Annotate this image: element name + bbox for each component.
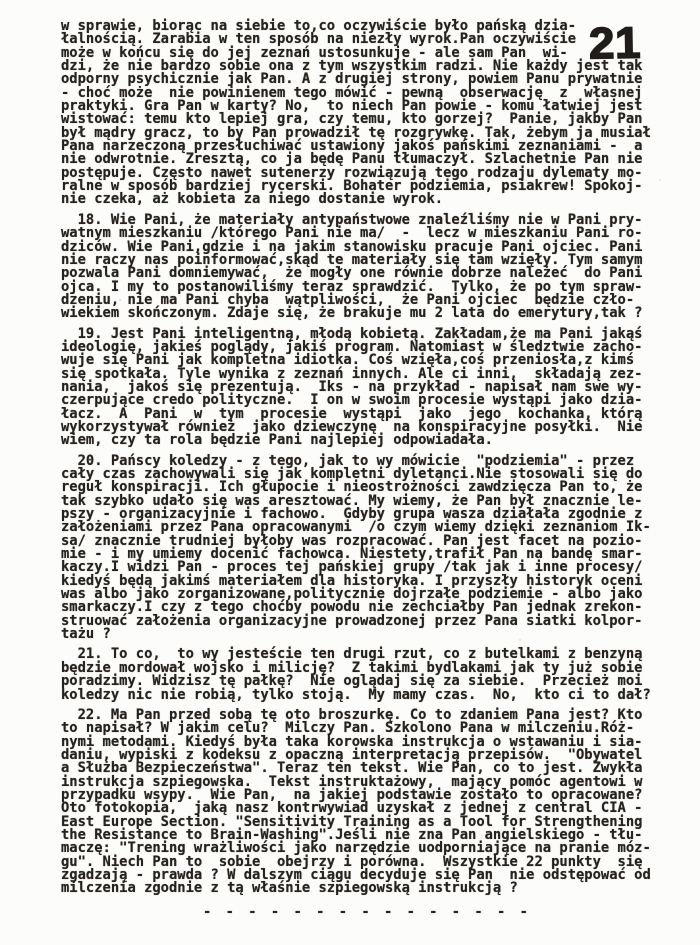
paragraph-continuation: w sprawie, biorąc na siebie to,co oczywi… [61,20,673,207]
paragraph-item-21: 21. To co, to wy jesteście ten drugi rzu… [61,648,673,701]
paragraph-item-22: 22. Ma Pan przed sobą tę oto broszurkę. … [61,709,673,896]
typewritten-text-block: w sprawie, biorąc na siebie to,co oczywi… [61,20,673,933]
paragraph-item-18: 18. Wie Pani, że materiały antypaństwowe… [61,214,673,321]
scanned-document-page: 21 w sprawie, biorąc na siebie to,co ocz… [0,0,700,945]
dashed-separator: - - - - - - - - - - - - - - - [61,904,673,920]
paragraph-item-19: 19. Jest Pani inteligentną, młodą kobiet… [61,328,673,448]
paragraph-item-20: 20. Pańscy koledzy - z tego, jak to wy m… [61,455,673,642]
